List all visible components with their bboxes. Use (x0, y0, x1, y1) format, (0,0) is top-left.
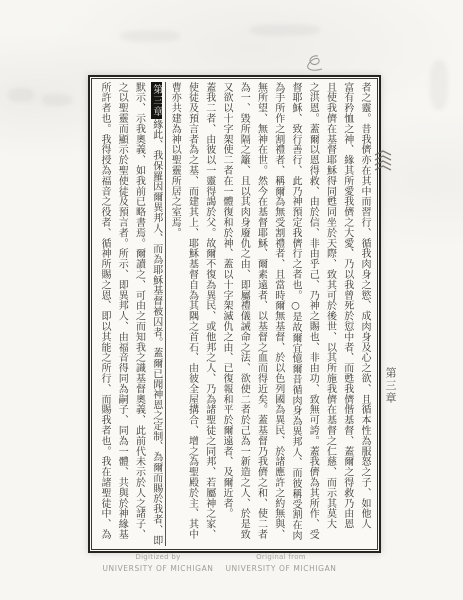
handwritten-mark (298, 53, 326, 75)
text-column: 者之靈。昔我儕亦在其中而習行、循我肉身之慾、成肉身及心之欲、且循本性為服怒之子、… (356, 82, 373, 546)
text-column: 無所望、無神在世。然今在基督耶穌、爾素遠者、以基督之血而得近矣。蓋基督乃我儕之和… (253, 82, 270, 546)
scan-noise-blotch (430, 60, 448, 110)
text-area: 者之靈。昔我儕亦在其中而習行、循我肉身之慾、成肉身及心之欲、且循本性為服怒之子、… (96, 82, 373, 546)
text-column: 且使我儕在基督耶穌得同甦同坐於天際、致其可於後世、以其所施我儕在基督之仁慈、而示… (322, 82, 339, 546)
text-column: 之洪恩。蓋爾以恩得救、由於信、非由乎己、乃神之賜也、非由功、致無可誇。蓋我儕為其… (304, 82, 321, 546)
scan-noise-blotch (8, 88, 34, 102)
scan-noise-blotch (250, 24, 320, 36)
pencil-scribble-mark (373, 149, 393, 173)
text-column: 為一、毀所隔之籬、且以其肉身廢仇之由、即屬禮儀誡命之法、欲使二者於己為一新造之人… (235, 82, 252, 546)
text-column: 為手所作之割禮者、稱爾為無受割禮者、且當時爾無基督、於以色列國為異民、於諸應許之… (270, 82, 287, 546)
text-column: 蓋我二者、由彼以一靈得謁於父。故爾不復為異民、或他邦之人、乃為諸聖徒之同邦、若屬… (201, 82, 218, 546)
scan-noise-blotch (120, 30, 180, 42)
footer-original-from: Original from UNIVERSITY OF MICHIGAN (206, 553, 356, 573)
text-column: 督耶穌、致行善行、此乃神預定我儕行之者也。○是故爾宜憶爾昔循肉身為異邦人、而彼稱… (287, 82, 304, 546)
original-from-org: UNIVERSITY OF MICHIGAN (206, 564, 356, 573)
scanned-book-page: { "page": { "chapter_label": "第三章", "mar… (0, 0, 463, 600)
margin-chapter-note: 第三章 (382, 367, 398, 405)
page-frame: 者之靈。昔我儕亦在其中而習行、循我肉身之慾、成肉身及心之欲、且循本性為服怒之子、… (88, 75, 381, 553)
page-inner-border: 者之靈。昔我儕亦在其中而習行、循我肉身之慾、成肉身及心之欲、且循本性為服怒之子、… (91, 78, 378, 550)
chapter-heading-label: 第三章 (151, 82, 162, 119)
chapter-first-column-text: 緣此、我保羅因爾異邦人、而為耶穌基督被囚者。蓋爾已聞神恩之定制、為爾而賜於我者、… (148, 82, 162, 545)
text-column: 之以聖靈而顯示於聖使徒及預言者。所示、即異邦人、由福音得同為嗣子、同為一體、共與… (113, 82, 130, 546)
scan-noise-blotch (42, 94, 72, 106)
text-column: 使徒及預言者為之基、而建其上、耶穌基督自為其隅之首石、由彼全屋搆合、增之為聖殿於… (184, 82, 201, 546)
text-column: 又欲以十字架使二者在一體復和於神、蓋以十字架滅仇之由、已復報和平於爾遠者、及爾近… (218, 82, 235, 546)
text-column: 默示、示我奧義、如我前已略書焉。爾讀之、可由之而知我之識基督奧義、此前代未示於人… (131, 82, 148, 546)
text-column: 所許者也。我得授為福音之役者、循神所賜之恩、即以其能之所行、而賜我者也。我在諸聖… (96, 82, 113, 546)
text-column-chapter-start: 第三章緣此、我保羅因爾異邦人、而為耶穌基督被囚者。蓋爾已聞神恩之定制、為爾而賜於… (148, 82, 165, 546)
text-column: 曹亦共建為神以聖靈所居之室焉。 (166, 82, 183, 546)
original-from-label: Original from (206, 553, 356, 561)
text-column: 富有矜恤之神、緣其所愛我儕之大愛、乃以我曾死於愆中者、而甦我儕偕基督、蓋爾之得救… (339, 82, 356, 546)
